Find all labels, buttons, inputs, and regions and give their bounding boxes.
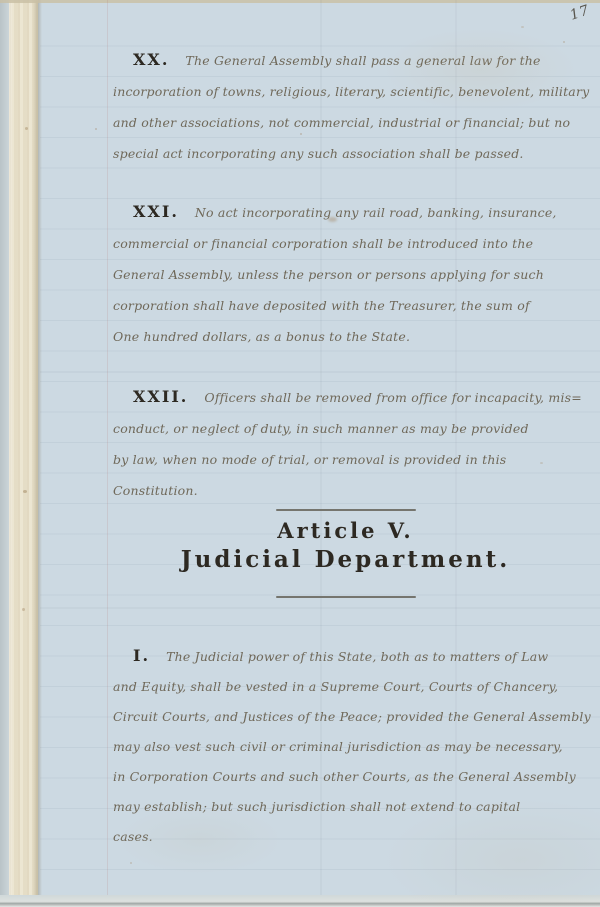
heading-rule-bottom	[276, 596, 416, 598]
binding-seam	[38, 0, 42, 907]
section-paragraph: XXII.Officers shall be removed from offi…	[113, 381, 578, 506]
manuscript-line: cases.	[113, 822, 578, 852]
manuscript-line: may establish; but such jurisdiction sha…	[113, 792, 578, 822]
manuscript-line: corporation shall have deposited with th…	[113, 290, 578, 321]
manuscript-line: One hundred dollars, as a bonus to the S…	[113, 321, 578, 352]
line-text: No act incorporating any rail road, bank…	[195, 205, 557, 220]
manuscript-line: in Corporation Courts and such other Cou…	[113, 762, 578, 792]
manuscript-line: incorporation of towns, religious, liter…	[113, 76, 578, 107]
binding-strip	[9, 0, 38, 907]
page-bottom-edge	[0, 895, 600, 907]
manuscript-line: I.The Judicial power of this State, both…	[113, 641, 578, 672]
section-numeral: XXI.	[133, 202, 179, 221]
manuscript-page: 17 XX.The General Assembly shall pass a …	[0, 0, 600, 907]
line-text: The General Assembly shall pass a genera…	[185, 53, 540, 68]
manuscript-line: commercial or financial corporation shal…	[113, 228, 578, 259]
heading-rule-top	[276, 509, 416, 511]
article-title: Article V.	[113, 518, 578, 543]
margin-line	[107, 0, 108, 896]
section-numeral: XXII.	[133, 387, 188, 406]
manuscript-line: and other associations, not commercial, …	[113, 107, 578, 138]
manuscript-line: Circuit Courts, and Justices of the Peac…	[113, 702, 578, 732]
manuscript-line: by law, when no mode of trial, or remova…	[113, 444, 578, 475]
section-paragraph: I.The Judicial power of this State, both…	[113, 641, 578, 852]
manuscript-line: may also vest such civil or criminal jur…	[113, 732, 578, 762]
line-text: The Judicial power of this State, both a…	[166, 649, 548, 664]
manuscript-content: XX.The General Assembly shall pass a gen…	[113, 0, 578, 907]
article-subtitle: Judicial Department.	[113, 546, 578, 573]
line-text: Officers shall be removed from office fo…	[204, 390, 582, 405]
section-numeral: I.	[133, 646, 150, 665]
page-left-edge	[0, 0, 9, 907]
manuscript-line: and Equity, shall be vested in a Supreme…	[113, 672, 578, 702]
manuscript-line: XXI.No act incorporating any rail road, …	[113, 196, 578, 228]
manuscript-line: Constitution.	[113, 475, 578, 506]
section-paragraph: XX.The General Assembly shall pass a gen…	[113, 44, 578, 169]
article-heading: Article V.Judicial Department.	[113, 505, 578, 598]
manuscript-line: XXII.Officers shall be removed from offi…	[113, 381, 578, 413]
manuscript-line: General Assembly, unless the person or p…	[113, 259, 578, 290]
manuscript-line: special act incorporating any such assoc…	[113, 138, 578, 169]
section-paragraph: XXI.No act incorporating any rail road, …	[113, 196, 578, 352]
manuscript-line: conduct, or neglect of duty, in such man…	[113, 413, 578, 444]
manuscript-line: XX.The General Assembly shall pass a gen…	[113, 44, 578, 76]
foxing-speck	[95, 128, 97, 130]
section-numeral: XX.	[133, 50, 169, 69]
